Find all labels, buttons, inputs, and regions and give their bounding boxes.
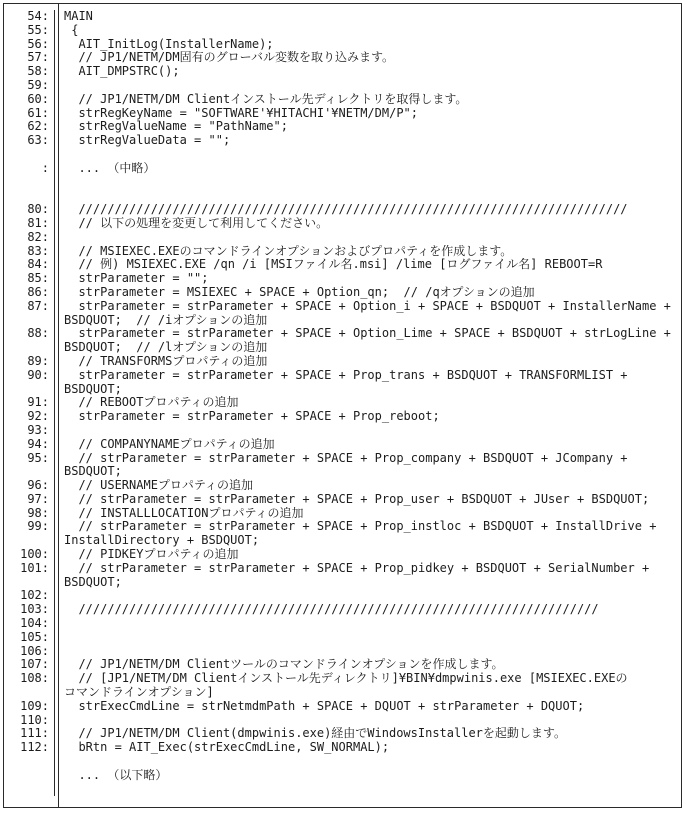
line-number: 104: xyxy=(4,617,55,631)
code-line: 97: // strParameter = strParameter + SPA… xyxy=(4,493,681,507)
line-number: 81: xyxy=(4,217,55,231)
code-text: // strParameter = strParameter + SPACE +… xyxy=(55,520,681,534)
code-line: 62: strRegValueName = "PathName"; xyxy=(4,120,681,134)
code-line: 57: // JP1/NETM/DM固有のグローバル変数を取り込みます。 xyxy=(4,51,681,65)
code-line: 101: // strParameter = strParameter + SP… xyxy=(4,562,681,576)
code-line: 99: // strParameter = strParameter + SPA… xyxy=(4,520,681,534)
line-number: 102: xyxy=(4,589,55,603)
code-line: 63: strRegValueData = ""; xyxy=(4,134,681,148)
code-text xyxy=(55,714,681,728)
code-text: ... （中略） xyxy=(55,162,681,176)
code-line: BSDQUOT; xyxy=(4,465,681,479)
code-text: { xyxy=(55,24,681,38)
code-line: BSDQUOT; xyxy=(4,576,681,590)
line-number xyxy=(4,686,55,700)
gutter-divider xyxy=(58,4,59,807)
code-text xyxy=(55,148,681,162)
code-listing: 54:MAIN55: {56: AIT_InitLog(InstallerNam… xyxy=(3,3,682,808)
line-number: 103: xyxy=(4,603,55,617)
code-line xyxy=(4,148,681,162)
code-text: strExecCmdLine = strNetmdmPath + SPACE +… xyxy=(55,700,681,714)
code-line: 95: // strParameter = strParameter + SPA… xyxy=(4,452,681,466)
code-line: 104: xyxy=(4,617,681,631)
code-line: 108: // [JP1/NETM/DM Clientインストール先ディレクトリ… xyxy=(4,672,681,686)
code-line: 103: ///////////////////////////////////… xyxy=(4,603,681,617)
code-text: // strParameter = strParameter + SPACE +… xyxy=(55,493,681,507)
line-number: 107: xyxy=(4,658,55,672)
code-line: 110: xyxy=(4,714,681,728)
code-text: bRtn = AIT_Exec(strExecCmdLine, SW_NORMA… xyxy=(55,741,681,755)
code-text xyxy=(55,783,681,797)
code-text: strParameter = ""; xyxy=(55,272,681,286)
line-number: 82: xyxy=(4,231,55,245)
code-line xyxy=(4,783,681,797)
line-number xyxy=(4,465,55,479)
code-line: 85: strParameter = ""; xyxy=(4,272,681,286)
code-text xyxy=(55,231,681,245)
code-line: 56: AIT_InitLog(InstallerName); xyxy=(4,38,681,52)
line-number: 62: xyxy=(4,120,55,134)
code-line: 109: strExecCmdLine = strNetmdmPath + SP… xyxy=(4,700,681,714)
line-number: 56: xyxy=(4,38,55,52)
code-line: 107: // JP1/NETM/DM Clientツールのコマンドラインオプシ… xyxy=(4,658,681,672)
line-number: : xyxy=(4,162,55,176)
line-number: 111: xyxy=(4,727,55,741)
code-text: // PIDKEYプロパティの追加 xyxy=(55,548,681,562)
code-line: 58: AIT_DMPSTRC(); xyxy=(4,65,681,79)
code-text: strRegKeyName = "SOFTWARE'¥HITACHI'¥NETM… xyxy=(55,107,681,121)
code-text: strRegValueName = "PathName"; xyxy=(55,120,681,134)
code-text xyxy=(55,189,681,203)
code-line: 83: // MSIEXEC.EXEのコマンドラインオプションおよびプロパティを… xyxy=(4,245,681,259)
line-number: 105: xyxy=(4,631,55,645)
code-text: // COMPANYNAMEプロパティの追加 xyxy=(55,438,681,452)
code-text: AIT_DMPSTRC(); xyxy=(55,65,681,79)
line-number: 108: xyxy=(4,672,55,686)
code-text: strParameter = strParameter + SPACE + Op… xyxy=(55,300,681,314)
line-number: 55: xyxy=(4,24,55,38)
line-number xyxy=(4,341,55,355)
line-number: 97: xyxy=(4,493,55,507)
line-number xyxy=(4,576,55,590)
line-number: 110: xyxy=(4,714,55,728)
line-number: 99: xyxy=(4,520,55,534)
line-number: 60: xyxy=(4,93,55,107)
code-line: 82: xyxy=(4,231,681,245)
line-number: 86: xyxy=(4,286,55,300)
line-number xyxy=(4,383,55,397)
code-line: 61: strRegKeyName = "SOFTWARE'¥HITACHI'¥… xyxy=(4,107,681,121)
code-line: ... （以下略） xyxy=(4,769,681,783)
code-text: BSDQUOT; xyxy=(55,576,681,590)
code-text: // TRANSFORMSプロパティの追加 xyxy=(55,355,681,369)
line-number: 109: xyxy=(4,700,55,714)
line-number: 94: xyxy=(4,438,55,452)
line-number: 93: xyxy=(4,424,55,438)
code-text: strRegValueData = ""; xyxy=(55,134,681,148)
code-line: 93: xyxy=(4,424,681,438)
code-line: BSDQUOT; // /lオプションの追加 xyxy=(4,341,681,355)
code-line: 90: strParameter = strParameter + SPACE … xyxy=(4,369,681,383)
code-line: 87: strParameter = strParameter + SPACE … xyxy=(4,300,681,314)
line-number: 100: xyxy=(4,548,55,562)
code-text: strParameter = MSIEXEC + SPACE + Option_… xyxy=(55,286,681,300)
code-text xyxy=(55,645,681,659)
code-text xyxy=(55,631,681,645)
line-number: 57: xyxy=(4,51,55,65)
code-text: // 例) MSIEXEC.EXE /qn /i [MSIファイル名.msi] … xyxy=(55,258,681,272)
line-number: 90: xyxy=(4,369,55,383)
line-number: 59: xyxy=(4,79,55,93)
code-line: 92: strParameter = strParameter + SPACE … xyxy=(4,410,681,424)
code-line: 89: // TRANSFORMSプロパティの追加 xyxy=(4,355,681,369)
code-line: 98: // INSTALLLOCATIONプロパティの追加 xyxy=(4,507,681,521)
code-line xyxy=(4,176,681,190)
code-text: // strParameter = strParameter + SPACE +… xyxy=(55,452,681,466)
code-text: BSDQUOT; // /iオプションの追加 xyxy=(55,314,681,328)
line-number: 83: xyxy=(4,245,55,259)
code-text: // MSIEXEC.EXEのコマンドラインオプションおよびプロパティを作成しま… xyxy=(55,245,681,259)
line-number: 95: xyxy=(4,452,55,466)
code-text: // JP1/NETM/DM Clientツールのコマンドラインオプションを作成… xyxy=(55,658,681,672)
code-line: 112: bRtn = AIT_Exec(strExecCmdLine, SW_… xyxy=(4,741,681,755)
code-text: // strParameter = strParameter + SPACE +… xyxy=(55,562,681,576)
code-line: 86: strParameter = MSIEXEC + SPACE + Opt… xyxy=(4,286,681,300)
code-line: 84: // 例) MSIEXEC.EXE /qn /i [MSIファイル名.m… xyxy=(4,258,681,272)
line-number: 63: xyxy=(4,134,55,148)
code-text xyxy=(55,424,681,438)
code-text: BSDQUOT; xyxy=(55,465,681,479)
code-line: 102: xyxy=(4,589,681,603)
line-number: 87: xyxy=(4,300,55,314)
line-number: 54: xyxy=(4,10,55,24)
code-line: 96: // USERNAMEプロパティの追加 xyxy=(4,479,681,493)
line-number xyxy=(4,314,55,328)
line-number: 61: xyxy=(4,107,55,121)
code-text: // 以下の処理を変更して利用してください。 xyxy=(55,217,681,231)
code-text: // [JP1/NETM/DM Clientインストール先ディレクトリ]¥BIN… xyxy=(55,672,681,686)
line-number: 85: xyxy=(4,272,55,286)
code-line: : ... （中略） xyxy=(4,162,681,176)
line-number: 80: xyxy=(4,203,55,217)
code-text: // JP1/NETM/DM Client(dmpwinis.exe)経由でWi… xyxy=(55,727,681,741)
code-text: BSDQUOT; xyxy=(55,383,681,397)
code-text xyxy=(55,176,681,190)
line-number xyxy=(4,176,55,190)
line-number: 92: xyxy=(4,410,55,424)
code-line: 81: // 以下の処理を変更して利用してください。 xyxy=(4,217,681,231)
code-line: 100: // PIDKEYプロパティの追加 xyxy=(4,548,681,562)
code-line: InstallDirectory + BSDQUOT; xyxy=(4,534,681,548)
code-line xyxy=(4,189,681,203)
code-line: 105: xyxy=(4,631,681,645)
code-text: コマンドラインオプション] xyxy=(55,686,681,700)
code-text: InstallDirectory + BSDQUOT; xyxy=(55,534,681,548)
code-text: BSDQUOT; // /lオプションの追加 xyxy=(55,341,681,355)
code-line: 80: ////////////////////////////////////… xyxy=(4,203,681,217)
line-number: 98: xyxy=(4,507,55,521)
line-number: 96: xyxy=(4,479,55,493)
code-line: 54:MAIN xyxy=(4,10,681,24)
code-text: // USERNAMEプロパティの追加 xyxy=(55,479,681,493)
code-text: ////////////////////////////////////////… xyxy=(55,603,681,617)
line-number xyxy=(4,783,55,797)
code-text: ////////////////////////////////////////… xyxy=(55,203,681,217)
code-text: // JP1/NETM/DM Clientインストール先ディレクトリを取得します… xyxy=(55,93,681,107)
line-number xyxy=(4,755,55,769)
line-number: 89: xyxy=(4,355,55,369)
code-text: // REBOOTプロパティの追加 xyxy=(55,396,681,410)
code-line: BSDQUOT; // /iオプションの追加 xyxy=(4,314,681,328)
line-number xyxy=(4,189,55,203)
code-text: strParameter = strParameter + SPACE + Op… xyxy=(55,327,681,341)
line-number: 106: xyxy=(4,645,55,659)
line-number: 91: xyxy=(4,396,55,410)
code-line: 106: xyxy=(4,645,681,659)
code-text xyxy=(55,589,681,603)
code-line: BSDQUOT; xyxy=(4,383,681,397)
code-line: 111: // JP1/NETM/DM Client(dmpwinis.exe)… xyxy=(4,727,681,741)
line-number: 112: xyxy=(4,741,55,755)
line-number xyxy=(4,148,55,162)
code-text xyxy=(55,755,681,769)
code-text xyxy=(55,617,681,631)
code-rows: 54:MAIN55: {56: AIT_InitLog(InstallerNam… xyxy=(4,10,681,796)
code-line: 55: { xyxy=(4,24,681,38)
line-number: 88: xyxy=(4,327,55,341)
line-number: 58: xyxy=(4,65,55,79)
code-text: // INSTALLLOCATIONプロパティの追加 xyxy=(55,507,681,521)
code-line: 91: // REBOOTプロパティの追加 xyxy=(4,396,681,410)
code-line: コマンドラインオプション] xyxy=(4,686,681,700)
code-line: 59: xyxy=(4,79,681,93)
code-line: 88: strParameter = strParameter + SPACE … xyxy=(4,327,681,341)
line-number xyxy=(4,534,55,548)
code-text: MAIN xyxy=(55,10,681,24)
code-text: ... （以下略） xyxy=(55,769,681,783)
line-number xyxy=(4,769,55,783)
code-text: // JP1/NETM/DM固有のグローバル変数を取り込みます。 xyxy=(55,51,681,65)
line-number: 84: xyxy=(4,258,55,272)
code-line: 60: // JP1/NETM/DM Clientインストール先ディレクトリを取… xyxy=(4,93,681,107)
code-line: 94: // COMPANYNAMEプロパティの追加 xyxy=(4,438,681,452)
code-text xyxy=(55,79,681,93)
line-number: 101: xyxy=(4,562,55,576)
code-text: strParameter = strParameter + SPACE + Pr… xyxy=(55,369,681,383)
code-text: strParameter = strParameter + SPACE + Pr… xyxy=(55,410,681,424)
code-line xyxy=(4,755,681,769)
code-text: AIT_InitLog(InstallerName); xyxy=(55,38,681,52)
